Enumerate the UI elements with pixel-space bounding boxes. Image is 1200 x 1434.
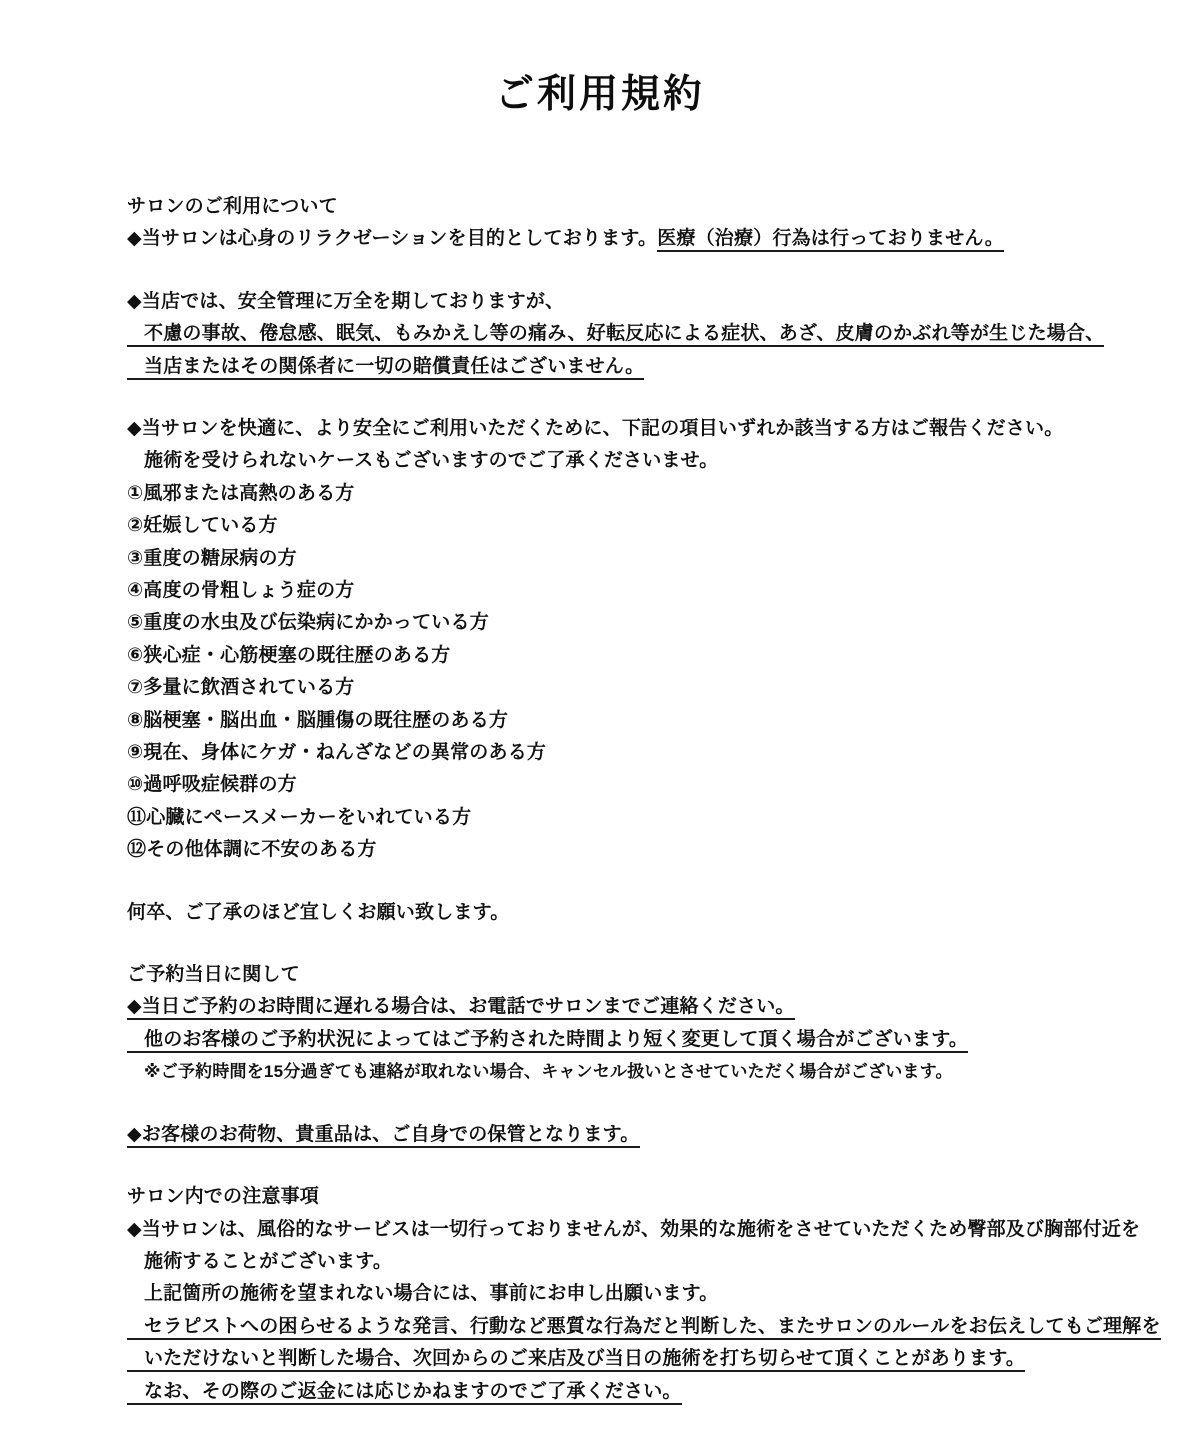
- text-line: ⑥狭心症・心筋梗塞の既往歴のある方: [127, 640, 1164, 672]
- text-segment: ⑪心臓にペースメーカーをいれている方: [127, 807, 471, 828]
- text-segment: ◆当サロンは心身のリラクゼーションを目的としております。: [127, 228, 657, 249]
- text-segment: ④高度の骨粗しょう症の方: [127, 580, 355, 601]
- text-segment: ◆当サロンは、風俗的なサービスは一切行っておりませんが、効果的な施術をさせていた…: [127, 1219, 1140, 1240]
- document-body: サロンのご利用について◆当サロンは心身のリラクゼーションを目的としております。医…: [0, 147, 1200, 1408]
- text-segment: ⑦多量に飲酒されている方: [127, 677, 355, 698]
- text-segment: ◆当店では、安全管理に万全を期しておりますが、: [127, 291, 564, 312]
- text-segment: ご予約当日に関して: [127, 964, 300, 985]
- text-line: なお、その際のご返金には応じかねますのでご了承ください。: [127, 1376, 1164, 1408]
- text-line: ⑪心臓にペースメーカーをいれている方: [127, 802, 1164, 834]
- text-line: 上記箇所の施術を望まれない場合には、事前にお申し出願います。: [127, 1278, 1164, 1310]
- text-segment: ⑤重度の水虫及び伝染病にかかっている方: [127, 612, 489, 633]
- paragraph-block: ◆お客様のお荷物、貴重品は、ご自身での保管となります。: [127, 1119, 1164, 1151]
- text-segment: ⑫その他体調に不安のある方: [127, 839, 377, 860]
- text-line: ②妊娠している方: [127, 510, 1164, 542]
- text-line: ④高度の骨粗しょう症の方: [127, 575, 1164, 607]
- text-line: いただけないと判断した場合、次回からのご来店及び当日の施術を打ち切らせて頂くこと…: [127, 1343, 1164, 1375]
- text-segment: 施術を受けられないケースもございますのでご了承くださいませ。: [144, 450, 718, 471]
- text-line: ◆当サロンは、風俗的なサービスは一切行っておりませんが、効果的な施術をさせていた…: [127, 1214, 1164, 1246]
- terms-of-use-page: ご利用規約 サロンのご利用について◆当サロンは心身のリラクゼーションを目的として…: [0, 0, 1200, 1434]
- text-segment: ②妊娠している方: [127, 515, 278, 536]
- page-title: ご利用規約: [0, 26, 1200, 121]
- paragraph-block: ◆当サロンを快適に、より安全にご利用いただくために、下記の項目いずれか該当する方…: [127, 413, 1164, 867]
- text-segment: ⑧脳梗塞・脳出血・脳腫傷の既往歴のある方: [127, 710, 508, 731]
- text-line: 施術することがございます。: [127, 1246, 1164, 1278]
- text-line: サロンのご利用について: [127, 191, 1164, 223]
- text-line: ◆当店では、安全管理に万全を期しておりますが、: [127, 286, 1164, 318]
- text-line: ⑫その他体調に不安のある方: [127, 834, 1164, 866]
- text-line: サロン内での注意事項: [127, 1181, 1164, 1213]
- paragraph-block: ご予約当日に関して◆当日ご予約のお時間に遅れる場合は、お電話でサロンまでご連絡く…: [127, 959, 1164, 1089]
- paragraph-block: ◆当店では、安全管理に万全を期しておりますが、不慮の事故、倦怠感、眠気、もみかえ…: [127, 286, 1164, 383]
- text-segment: 施術することがございます。: [144, 1251, 392, 1272]
- text-line: ⑧脳梗塞・脳出血・脳腫傷の既往歴のある方: [127, 705, 1164, 737]
- text-line: ◆当サロンは心身のリラクゼーションを目的としております。医療（治療）行為は行って…: [127, 223, 1164, 255]
- text-line: 不慮の事故、倦怠感、眠気、もみかえし等の痛み、好転反応による症状、あざ、皮膚のか…: [127, 318, 1164, 350]
- text-line: ③重度の糖尿病の方: [127, 543, 1164, 575]
- text-line: ※ご予約時間を15分過ぎても連絡が取れない場合、キャンセル扱いとさせていただく場…: [127, 1056, 1164, 1088]
- text-line: ◆当サロンを快適に、より安全にご利用いただくために、下記の項目いずれか該当する方…: [127, 413, 1164, 445]
- underlined-text: なお、その際のご返金には応じかねますのでご了承ください。: [127, 1381, 682, 1405]
- paragraph-block: 何卒、ご了承のほど宜しくお願い致します。: [127, 897, 1164, 929]
- text-segment: ③重度の糖尿病の方: [127, 548, 297, 569]
- text-segment: ⑩過呼吸症候群の方: [127, 774, 297, 795]
- text-line: 当店またはその関係者に一切の賠償責任はございません。: [127, 351, 1164, 383]
- text-segment: ⑨現在、身体にケガ・ねんざなどの異常のある方: [127, 742, 546, 763]
- underlined-text: 不慮の事故、倦怠感、眠気、もみかえし等の痛み、好転反応による症状、あざ、皮膚のか…: [127, 323, 1104, 347]
- underlined-text: いただけないと判断した場合、次回からのご来店及び当日の施術を打ち切らせて頂くこと…: [127, 1348, 1025, 1372]
- text-line: セラピストへの困らせるような発言、行動など悪質な行為だと判断した、またサロンのル…: [127, 1311, 1164, 1343]
- text-line: ◆当日ご予約のお時間に遅れる場合は、お電話でサロンまでご連絡ください。: [127, 991, 1164, 1023]
- text-segment: ※ご予約時間を15分過ぎても連絡が取れない場合、キャンセル扱いとさせていただく場…: [144, 1062, 953, 1081]
- text-line: ⑦多量に飲酒されている方: [127, 672, 1164, 704]
- underlined-text: ◆お客様のお荷物、貴重品は、ご自身での保管となります。: [127, 1124, 640, 1148]
- text-segment: サロンのご利用について: [127, 196, 338, 217]
- text-segment: サロン内での注意事項: [127, 1186, 319, 1207]
- text-line: 施術を受けられないケースもございますのでご了承くださいませ。: [127, 445, 1164, 477]
- text-line: ◆お客様のお荷物、貴重品は、ご自身での保管となります。: [127, 1119, 1164, 1151]
- text-segment: ⑥狭心症・心筋梗塞の既往歴のある方: [127, 645, 451, 666]
- text-segment: ①風邪または高熱のある方: [127, 483, 355, 504]
- paragraph-block: サロンのご利用について◆当サロンは心身のリラクゼーションを目的としております。医…: [127, 191, 1164, 256]
- underlined-text: 医療（治療）行為は行っておりません。: [657, 228, 1004, 252]
- paragraph-block: サロン内での注意事項◆当サロンは、風俗的なサービスは一切行っておりませんが、効果…: [127, 1181, 1164, 1408]
- text-line: 何卒、ご了承のほど宜しくお願い致します。: [127, 897, 1164, 929]
- underlined-text: セラピストへの困らせるような発言、行動など悪質な行為だと判断した、またサロンのル…: [127, 1316, 1161, 1340]
- text-line: ⑩過呼吸症候群の方: [127, 769, 1164, 801]
- underlined-text: ◆当日ご予約のお時間に遅れる場合は、お電話でサロンまでご連絡ください。: [127, 996, 795, 1020]
- text-line: ご予約当日に関して: [127, 959, 1164, 991]
- underlined-text: 他のお客様のご予約状況によってはご予約された時間より短く変更して頂く場合がござい…: [127, 1029, 968, 1053]
- underlined-text: 当店またはその関係者に一切の賠償責任はございません。: [127, 356, 644, 380]
- text-line: 他のお客様のご予約状況によってはご予約された時間より短く変更して頂く場合がござい…: [127, 1024, 1164, 1056]
- text-line: ⑨現在、身体にケガ・ねんざなどの異常のある方: [127, 737, 1164, 769]
- text-line: ①風邪または高熱のある方: [127, 478, 1164, 510]
- text-segment: 上記箇所の施術を望まれない場合には、事前にお申し出願います。: [144, 1283, 718, 1304]
- text-line: ⑤重度の水虫及び伝染病にかかっている方: [127, 607, 1164, 639]
- text-segment: ◆当サロンを快適に、より安全にご利用いただくために、下記の項目いずれか該当する方…: [127, 418, 1063, 439]
- text-segment: 何卒、ご了承のほど宜しくお願い致します。: [127, 902, 509, 923]
